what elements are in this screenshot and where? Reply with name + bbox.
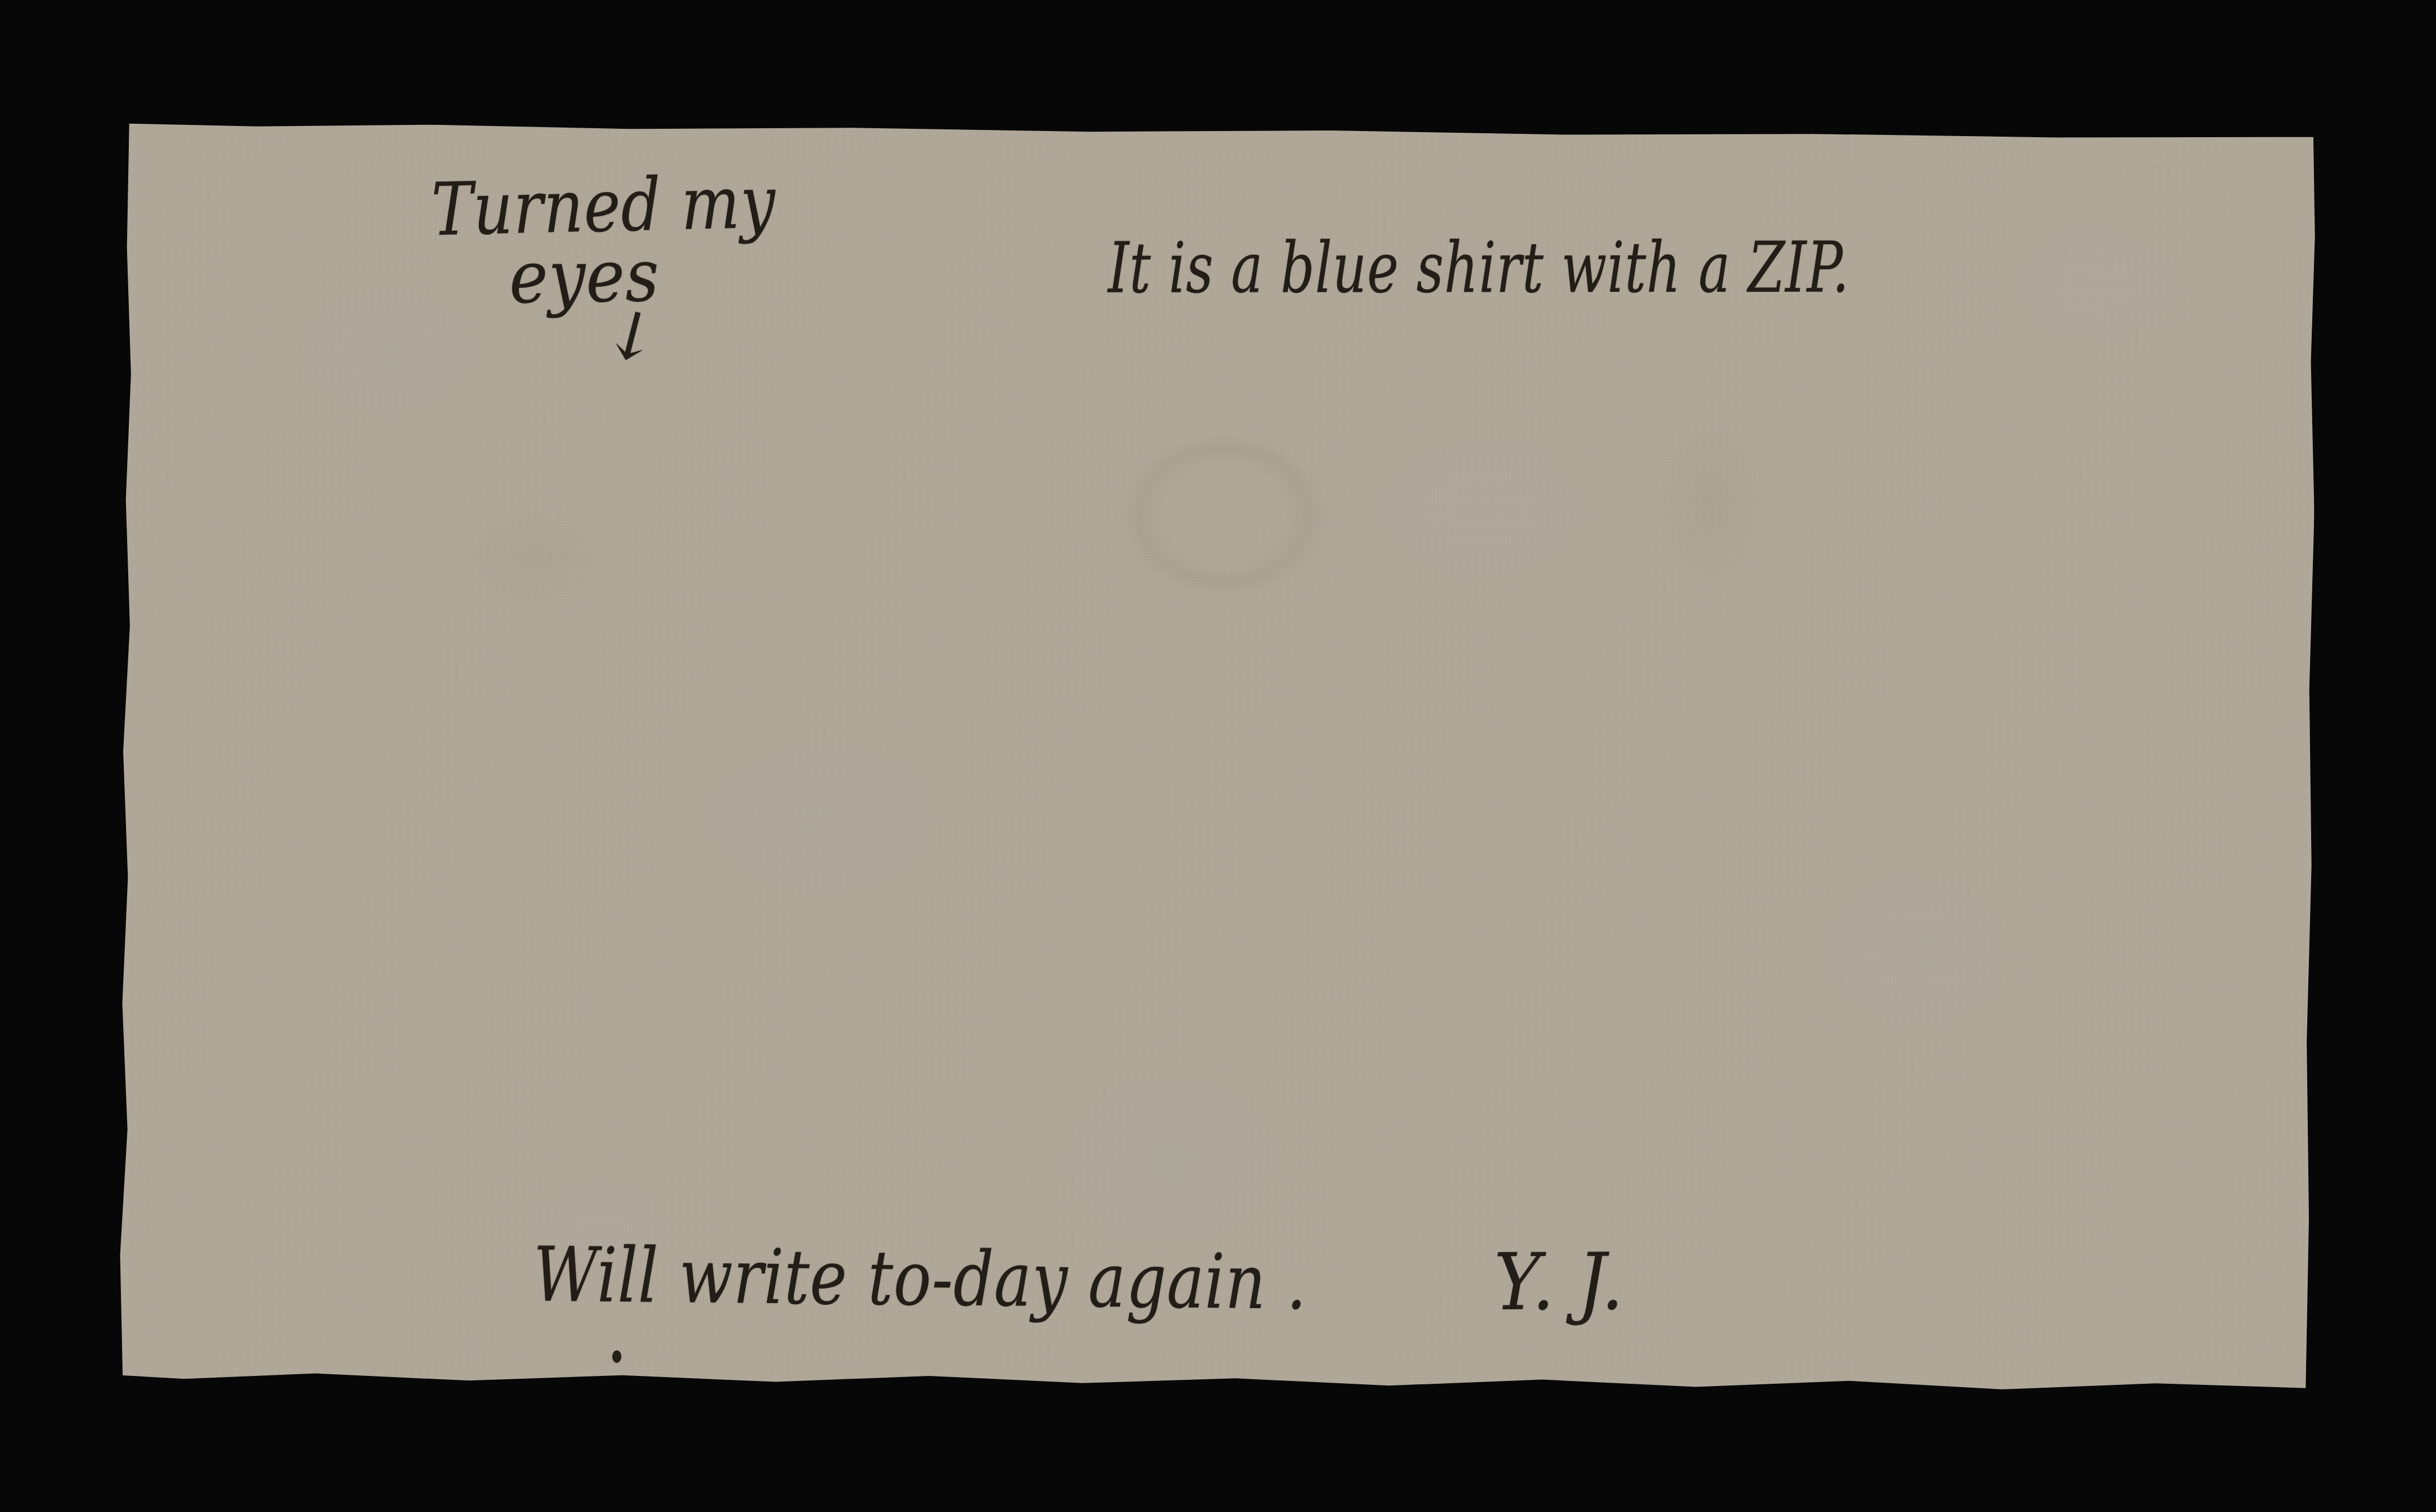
top-right-line: It is a blue shirt with a ZIP. <box>1108 233 1850 304</box>
scan-background: Turned my eyes ↓ It is a blue shirt with… <box>0 0 2436 1512</box>
faint-stain-right <box>1635 384 1788 626</box>
stray-ink-dot <box>612 1350 621 1362</box>
faint-ring-stain <box>1103 419 1345 612</box>
signature: Y. J. <box>1494 1243 1625 1322</box>
closing-line: Will write to-day again . <box>533 1237 1308 1320</box>
faint-stain-left <box>436 488 633 629</box>
note-card: Turned my eyes ↓ It is a blue shirt with… <box>118 122 2317 1394</box>
